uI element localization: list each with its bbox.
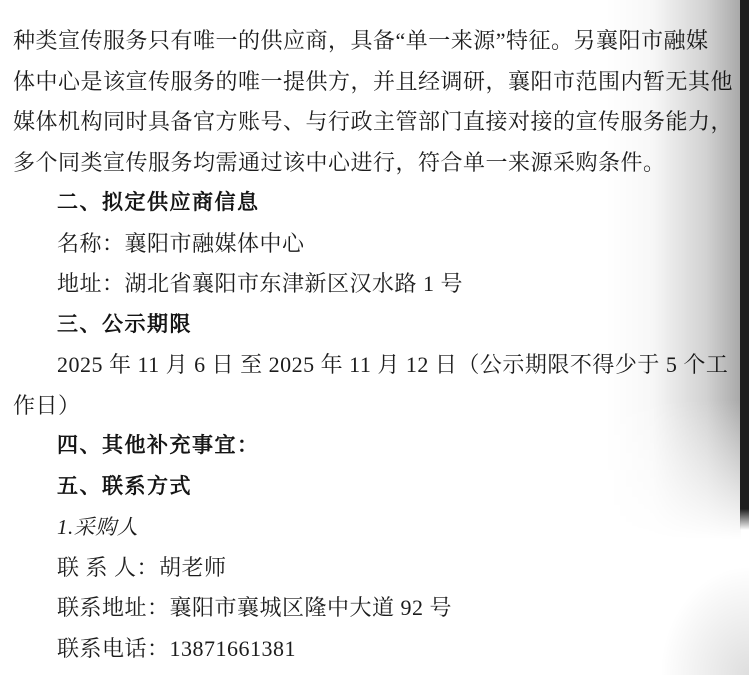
text-line: 联系电话：13871661381 xyxy=(13,629,721,670)
text-line: 1.采购人 xyxy=(13,507,721,548)
text-line: 名称：襄阳市融媒体中心 xyxy=(13,224,721,265)
text-line: 种类宣传服务只有唯一的供应商，具备“单一来源”特征。另襄阳市融媒 xyxy=(13,21,721,62)
text-line: 体中心是该宣传服务的唯一提供方，并且经调研，襄阳市范围内暂无其他 xyxy=(13,62,721,103)
text-line: 联系地址：襄阳市襄城区隆中大道 92 号 xyxy=(13,588,721,629)
text-line: 联 系 人：胡老师 xyxy=(13,548,721,589)
text-line: 多个同类宣传服务均需通过该中心进行，符合单一来源采购条件。 xyxy=(13,143,721,184)
text-line: 作日） xyxy=(13,386,721,427)
section-heading-line: 四、其他补充事宜： xyxy=(13,426,721,467)
page-dark-edge xyxy=(740,0,749,530)
section-heading-line: 三、公示期限 xyxy=(13,305,721,346)
text-line: 媒体机构同时具备官方账号、与行政主管部门直接对接的宣传服务能力， xyxy=(13,102,721,143)
text-line: 地址：湖北省襄阳市东津新区汉水路 1 号 xyxy=(13,264,721,305)
section-heading-line: 二、拟定供应商信息 xyxy=(13,183,721,224)
section-heading-line: 五、联系方式 xyxy=(13,467,721,508)
document-content: 种类宣传服务只有唯一的供应商，具备“单一来源”特征。另襄阳市融媒体中心是该宣传服… xyxy=(13,0,721,669)
document-page: 种类宣传服务只有唯一的供应商，具备“单一来源”特征。另襄阳市融媒体中心是该宣传服… xyxy=(0,0,749,675)
text-line: 2025 年 11 月 6 日 至 2025 年 11 月 12 日（公示期限不… xyxy=(13,345,721,386)
